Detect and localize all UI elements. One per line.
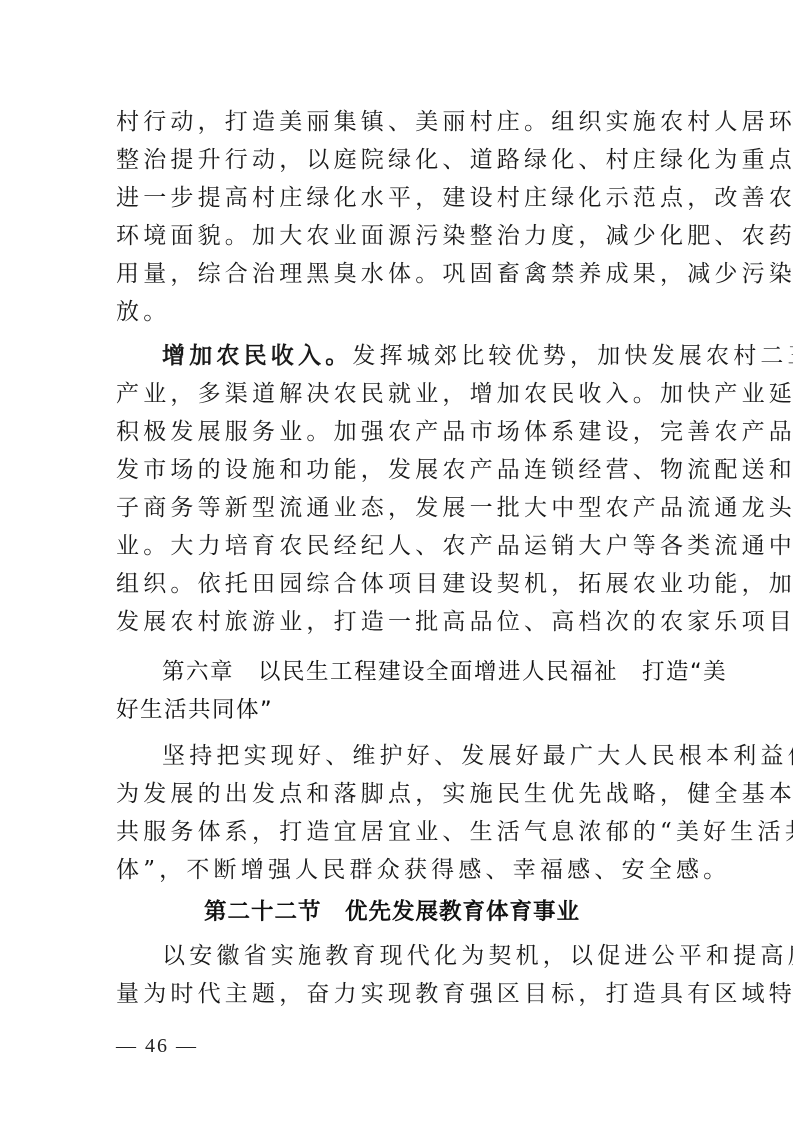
text-line: 增加农民收入。发挥城郊比较优势，加快发展农村二三 <box>116 337 668 375</box>
chapter-heading: 第六章 以民生工程建设全面增进人民福祉 打造“美 好生活共同体” <box>116 653 668 729</box>
text-line: 子商务等新型流通业态，发展一批大中型农产品流通龙头企 <box>116 489 668 527</box>
text-line: 环境面貌。加大农业面源污染整治力度，减少化肥、农药使 <box>116 217 668 255</box>
text-line: 量为时代主题，奋力实现教育强区目标，打造具有区域特色 <box>116 975 668 1013</box>
text-line: 坚持把实现好、维护好、发展好最广大人民根本利益作 <box>116 737 668 775</box>
paragraph-livelihood: 坚持把实现好、维护好、发展好最广大人民根本利益作 为发展的出发点和落脚点，实施民… <box>116 737 668 889</box>
text-line: 积极发展服务业。加强农产品市场体系建设，完善农产品批 <box>116 413 668 451</box>
text-line: 组织。依托田园综合体项目建设契机，拓展农业功能，加快 <box>116 565 668 603</box>
paragraph-education: 以安徽省实施教育现代化为契机，以促进公平和提高质 量为时代主题，奋力实现教育强区… <box>116 937 668 1013</box>
text-line: 产业，多渠道解决农民就业，增加农民收入。加快产业延伸， <box>116 375 668 413</box>
text-line: 以安徽省实施教育现代化为契机，以促进公平和提高质 <box>116 937 668 975</box>
heading-line: 第六章 以民生工程建设全面增进人民福祉 打造“美 <box>116 653 668 691</box>
page-number: — 46 — <box>116 1035 198 1058</box>
heading-line: 好生活共同体” <box>116 691 668 729</box>
text-span: 发挥城郊比较优势，加快发展农村二三 <box>352 343 793 369</box>
document-page: 村行动，打造美丽集镇、美丽村庄。组织实施农村人居环境 整治提升行动，以庭院绿化、… <box>116 103 668 1013</box>
text-line: 共服务体系，打造宜居宜业、生活气息浓郁的“美好生活共同 <box>116 813 668 851</box>
paragraph-farmer-income: 增加农民收入。发挥城郊比较优势，加快发展农村二三 产业，多渠道解决农民就业，增加… <box>116 337 668 641</box>
text-line: 村行动，打造美丽集镇、美丽村庄。组织实施农村人居环境 <box>116 103 668 141</box>
paragraph-lead-heading: 增加农民收入。 <box>162 343 352 369</box>
section-heading: 第二十二节 优先发展教育体育事业 <box>116 893 668 931</box>
text-line: 放。 <box>116 293 668 331</box>
text-line: 用量，综合治理黑臭水体。巩固畜禽禁养成果，减少污染排 <box>116 255 668 293</box>
text-line: 进一步提高村庄绿化水平，建设村庄绿化示范点，改善农村 <box>116 179 668 217</box>
text-line: 发市场的设施和功能，发展农产品连锁经营、物流配送和电 <box>116 451 668 489</box>
text-line: 整治提升行动，以庭院绿化、道路绿化、村庄绿化为重点， <box>116 141 668 179</box>
text-line: 体”，不断增强人民群众获得感、幸福感、安全感。 <box>116 851 668 889</box>
text-line: 发展农村旅游业，打造一批高品位、高档次的农家乐项目。 <box>116 603 668 641</box>
text-line: 为发展的出发点和落脚点，实施民生优先战略，健全基本公 <box>116 775 668 813</box>
text-line: 业。大力培育农民经纪人、农产品运销大户等各类流通中介 <box>116 527 668 565</box>
paragraph-rural-environment: 村行动，打造美丽集镇、美丽村庄。组织实施农村人居环境 整治提升行动，以庭院绿化、… <box>116 103 668 331</box>
